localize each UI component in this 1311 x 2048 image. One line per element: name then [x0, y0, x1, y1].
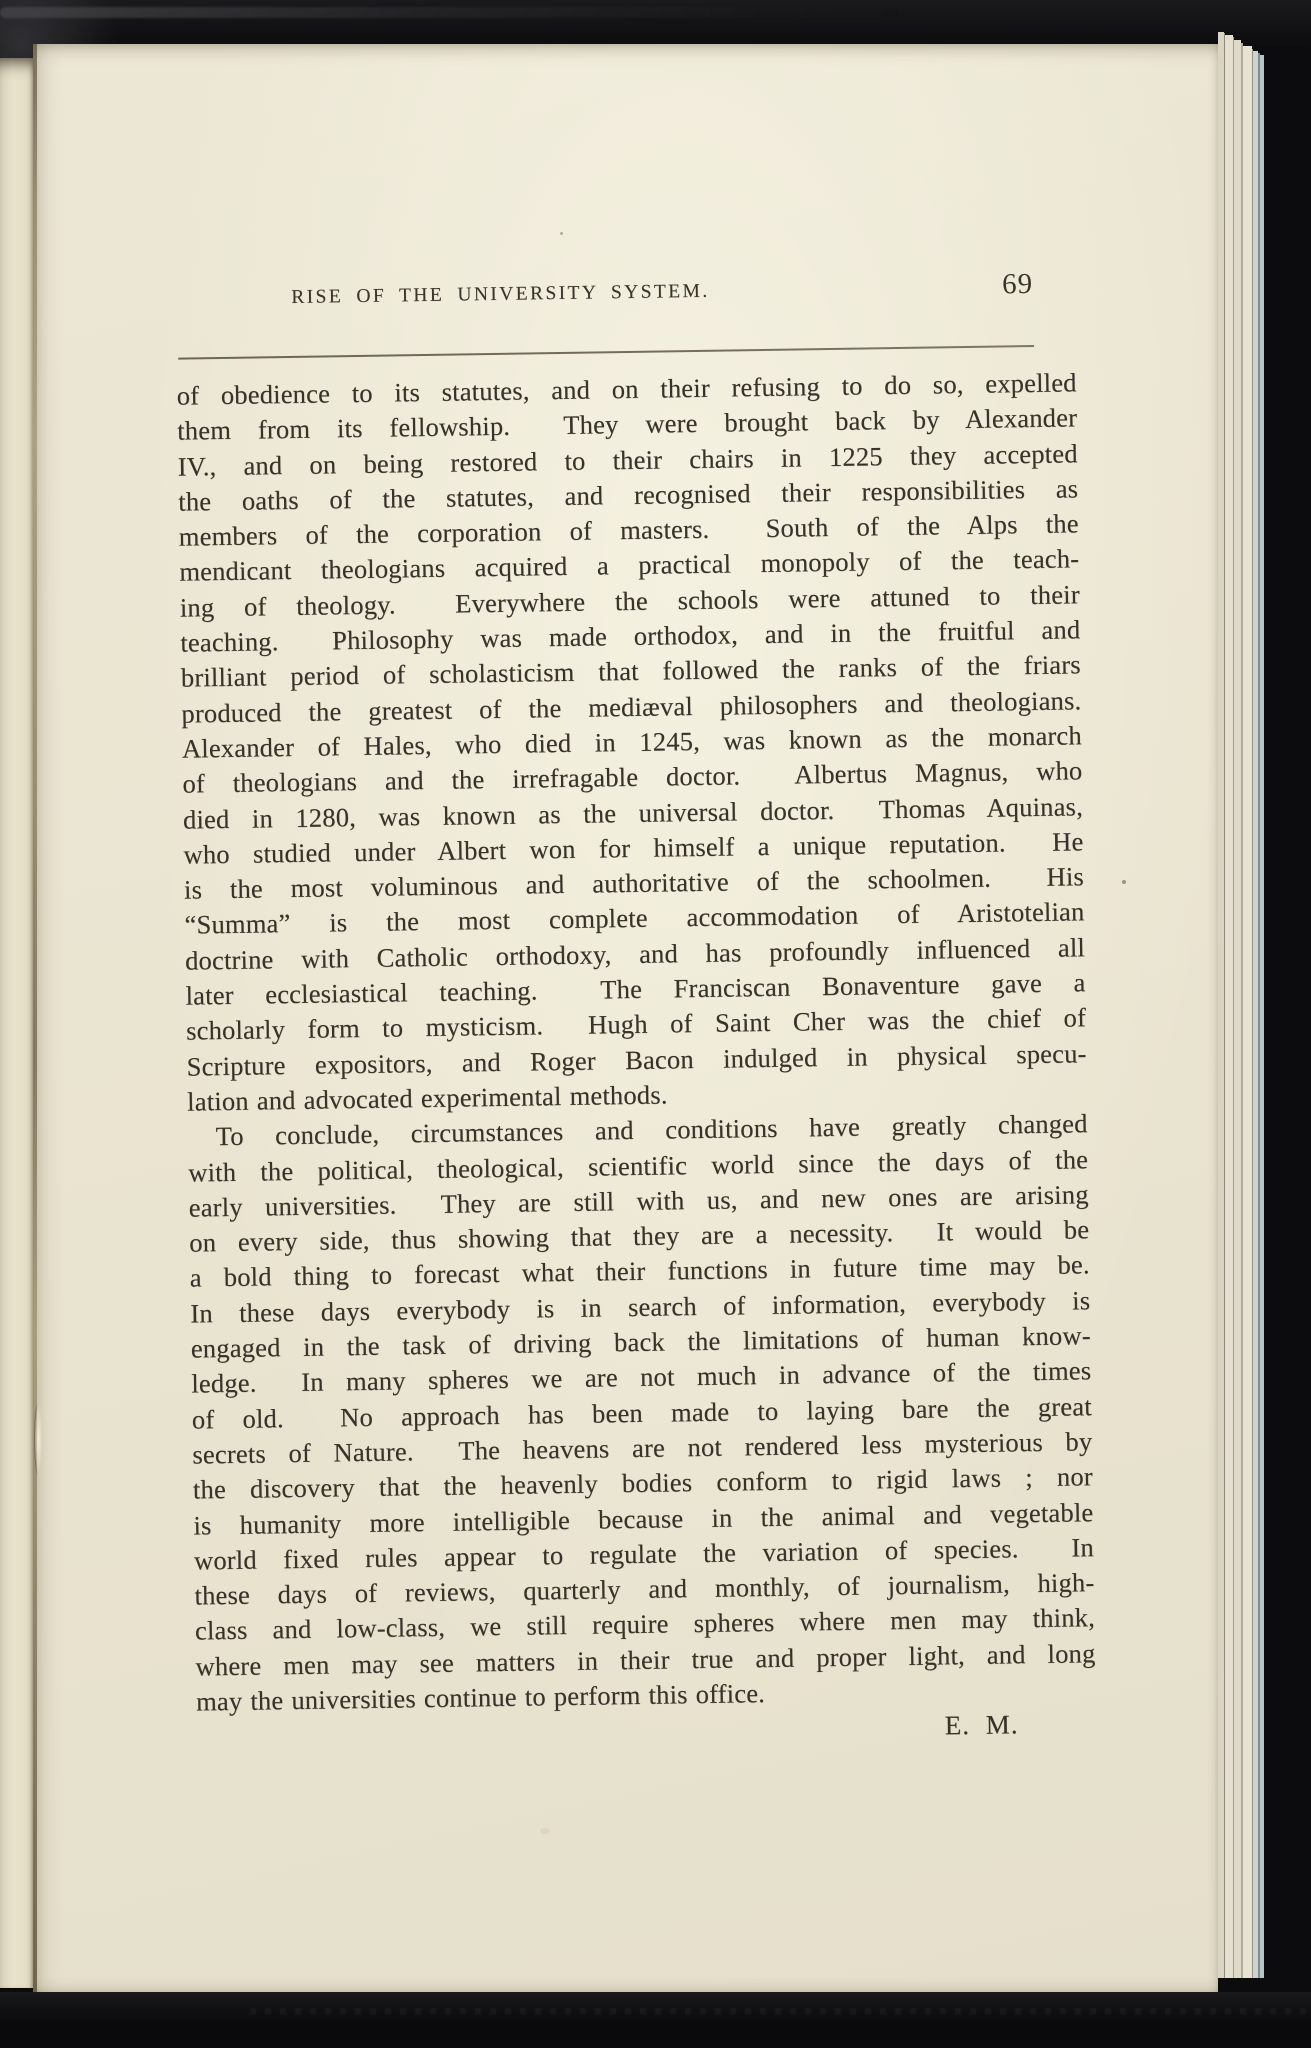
page-edge-strip — [1225, 35, 1233, 1978]
gutter-crease-split — [34, 1404, 42, 1474]
previous-page-edge — [0, 58, 33, 1988]
paragraph: To conclude, circumstances and condition… — [187, 1106, 1096, 1719]
paragraph: of obedience to its statutes, and on the… — [176, 365, 1087, 1120]
gutter-crease — [33, 44, 37, 1992]
page-content: RISE OF THE UNIVERSITY SYSTEM. 69 of obe… — [175, 271, 1097, 1755]
page-edge-strip — [1260, 55, 1264, 1978]
paper-speck — [1122, 880, 1126, 884]
scan-background: RISE OF THE UNIVERSITY SYSTEM. 69 of obe… — [0, 0, 1311, 2048]
paper-speck — [560, 232, 563, 235]
body-text: of obedience to its statutes, and on the… — [176, 365, 1096, 1719]
paper-speck — [540, 1828, 550, 1834]
running-head: RISE OF THE UNIVERSITY SYSTEM. — [291, 281, 710, 309]
cover-ridge-highlight — [0, 7, 900, 18]
page-header: RISE OF THE UNIVERSITY SYSTEM. 69 — [175, 271, 1075, 318]
page-edge-stack — [1218, 30, 1264, 1982]
cover-bottom-edge — [0, 1992, 1311, 2048]
page-edge-strip — [1234, 40, 1241, 1978]
book-page: RISE OF THE UNIVERSITY SYSTEM. 69 of obe… — [33, 44, 1218, 1992]
book-cover-top-edge — [0, 0, 1311, 46]
page-number: 69 — [1002, 268, 1033, 301]
header-rule — [178, 345, 1034, 360]
page-edge-strip — [1243, 46, 1252, 1978]
